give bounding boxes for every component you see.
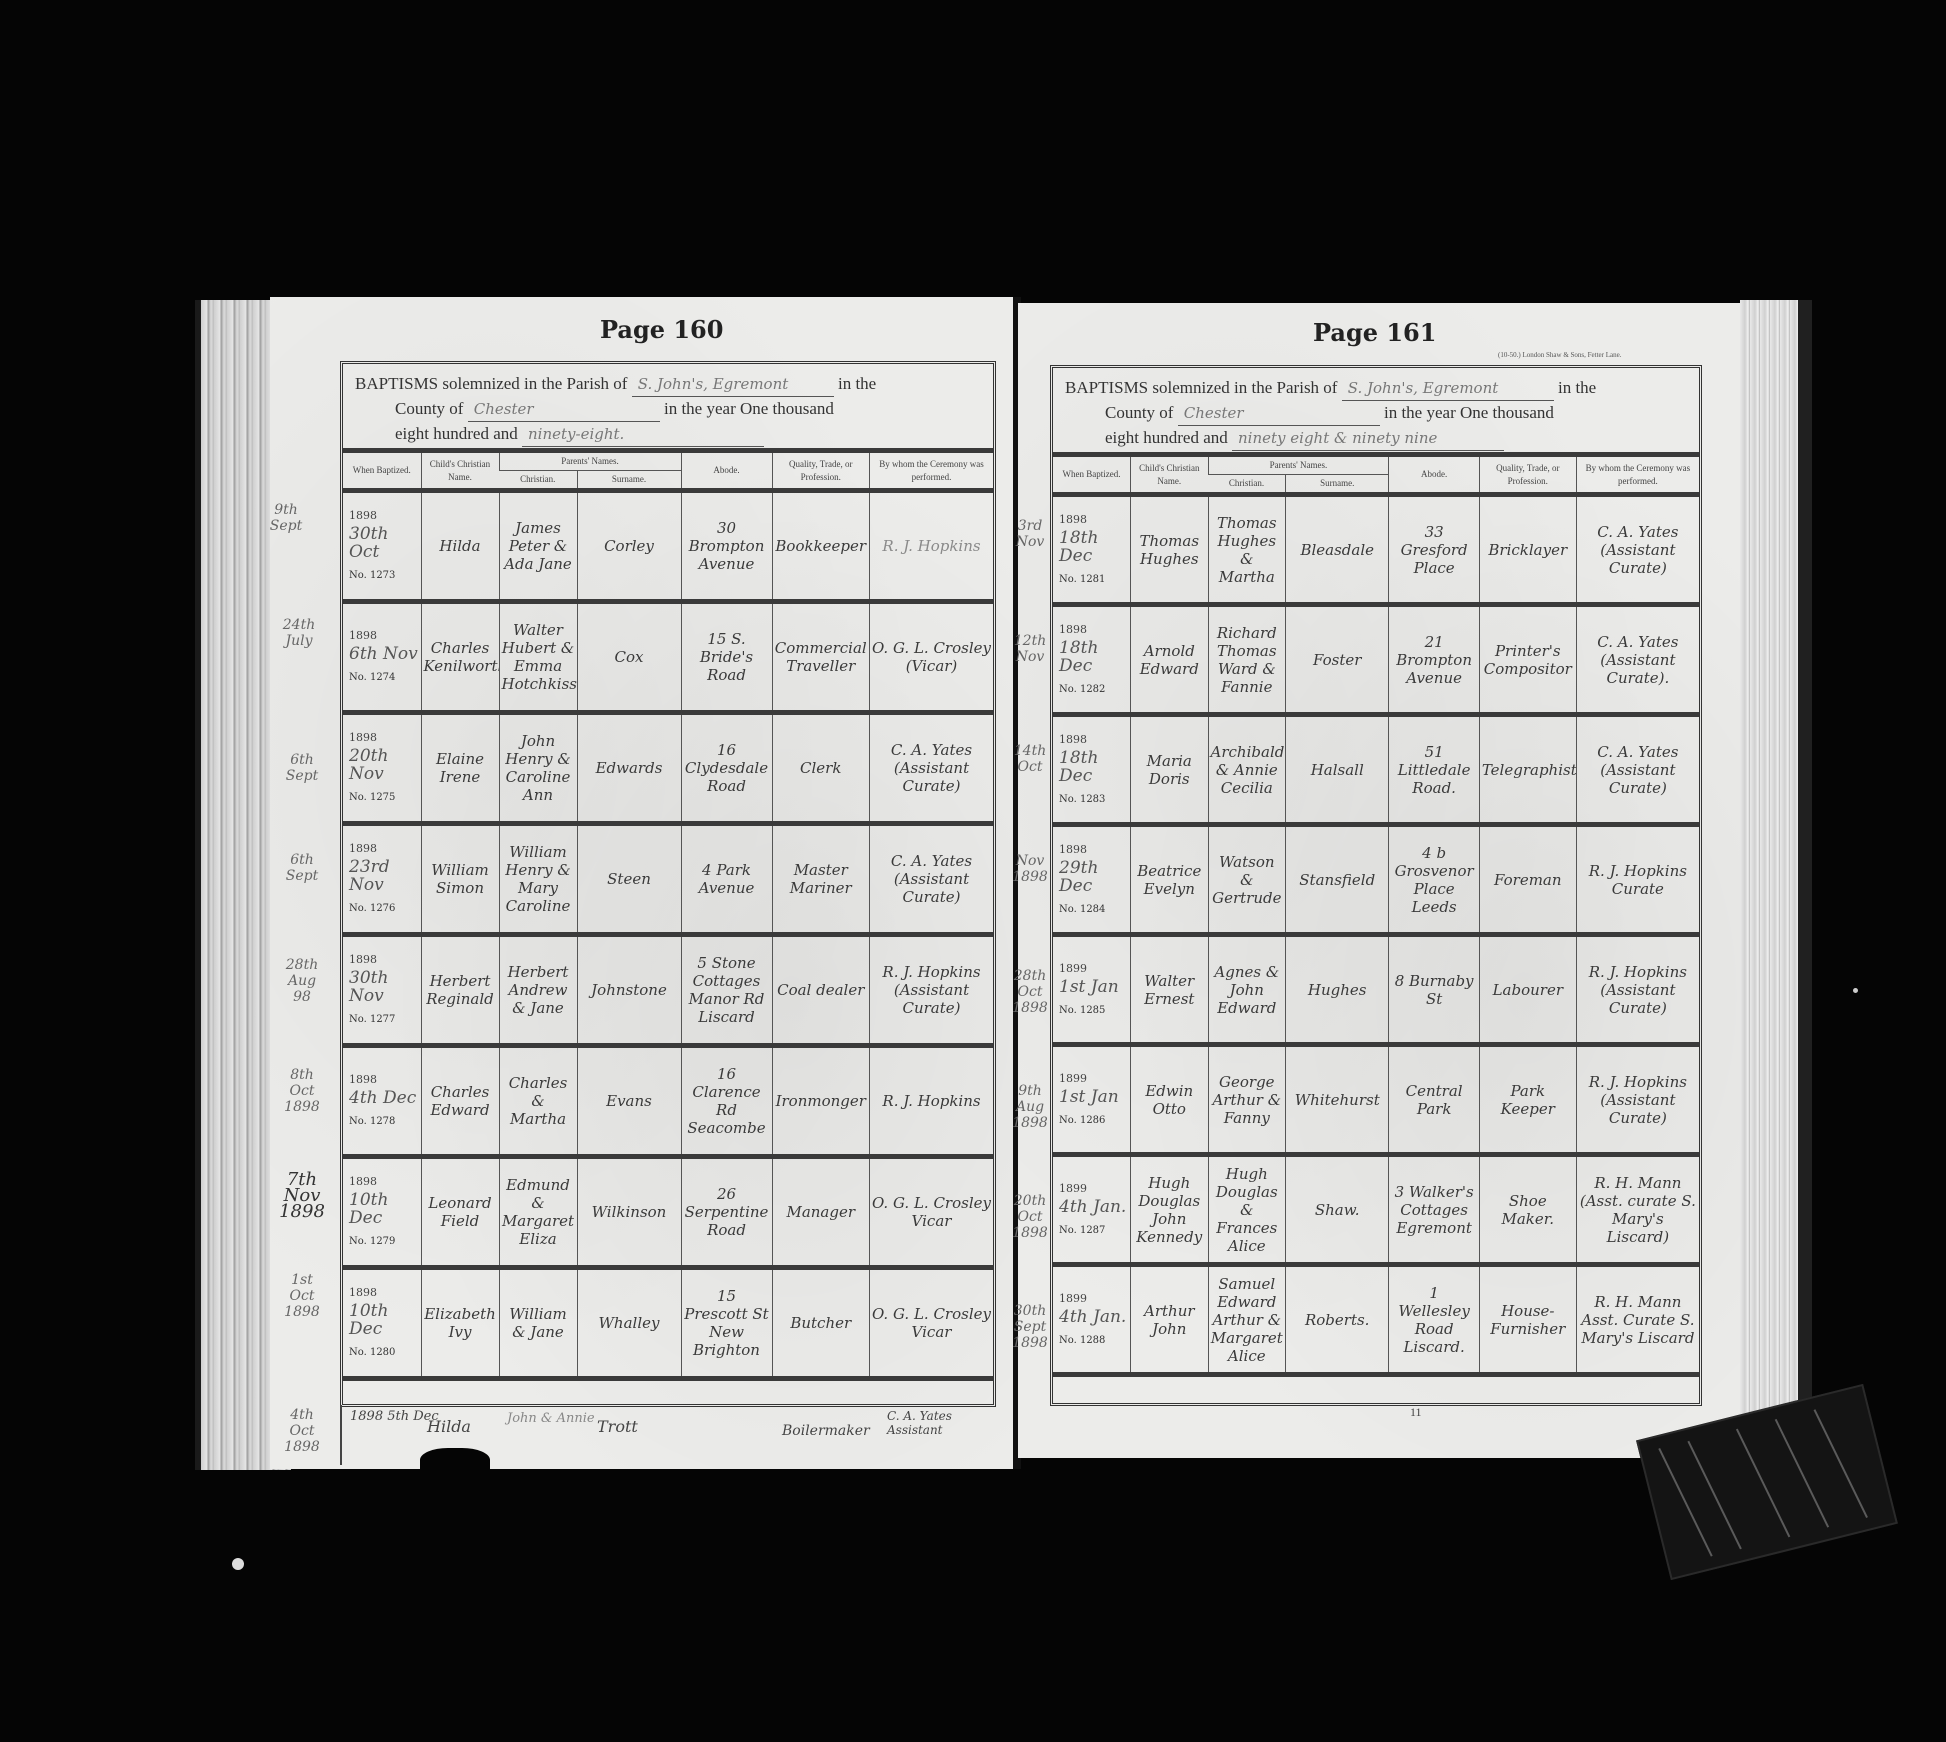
table-row: 189829th DecNo. 1284Beatrice EvelynWatso… [1053,825,1699,935]
cell-when-baptized: 189810th DecNo. 1279 [343,1157,421,1268]
entry-year: 1899 [1059,960,1128,978]
entry-number: No. 1277 [349,1011,419,1029]
film-dust-spot [1853,988,1858,993]
margin-note: 6th Sept [278,752,326,784]
cell-when-baptized: 189823rd NovNo. 1276 [343,824,421,935]
cell-abode: 26 Serpentine Road [681,1157,772,1268]
cell-officiant: C. A. Yates (Assistant Curate) [1576,715,1699,825]
cell-abode: 16 Clarence Rd Seacombe [681,1046,772,1157]
entry-year: 1899 [1059,1180,1128,1198]
cell-when-baptized: 18986th NovNo. 1274 [343,602,421,713]
cell-officiant: C. A. Yates (Assistant Curate). [1576,605,1699,715]
register-page-161: Page 161 (10-50.) London Shaw & Sons, Fe… [1018,303,1740,1458]
col-trade: Quality, Trade, or Profession. [1479,455,1576,495]
cell-trade: Labourer [1479,935,1576,1045]
cell-abode: 8 Burnaby St [1389,935,1479,1045]
cell-parents-surname: Halsall [1286,715,1389,825]
entry-year: 1898 [349,840,419,858]
table-row: 189818th DecNo. 1283Maria DorisArchibald… [1053,715,1699,825]
table-row: 189830th OctNo. 1273HildaJames Peter & A… [343,491,993,602]
entry-year: 1898 [349,1284,419,1302]
county-field: Chester [468,398,660,422]
cell-parents-surname: Bleasdale [1286,495,1389,605]
cell-child-name: Hilda [421,491,499,602]
table-row: 189820th NovNo. 1275Elaine IreneJohn Hen… [343,713,993,824]
table-row: 18994th Jan.No. 1287Hugh Douglas John Ke… [1053,1155,1699,1265]
table-row: 18986th NovNo. 1274Charles KenilworthWal… [343,602,993,713]
cell-parents-christian: William & Jane [499,1268,577,1379]
register-heading: BAPTISMS solemnized in the Parish of S. … [355,372,981,447]
entry-year: 1898 [1059,731,1128,749]
cell-abode: 1 Wellesley Road Liscard. [1389,1265,1479,1375]
cell-parents-surname: Stansfield [1286,825,1389,935]
entry-number: No. 1273 [349,567,419,585]
col-parents-surname: Surname. [577,471,681,491]
cell-officiant: C. A. Yates (Assistant Curate) [870,824,994,935]
cell-officiant: R. J. Hopkins [870,491,994,602]
parish-field: S. John's, Egremont [1342,377,1554,401]
book-right-page-stack [1740,300,1812,1455]
entry-number: No. 1287 [1059,1222,1128,1240]
cell-abode: 30 Brompton Avenue [681,491,772,602]
entry-number: No. 1279 [349,1233,419,1251]
margin-note: 14th Oct [1006,743,1054,775]
cell-trade: Bookkeeper [772,491,870,602]
entry-date: 1st Jan [1059,978,1128,996]
table-row: 189818th DecNo. 1282Arnold EdwardRichard… [1053,605,1699,715]
cell-parents-christian: James Peter & Ada Jane [499,491,577,602]
cell-child-name: Charles Kenilworth [421,602,499,713]
cell-trade: Telegraphist [1479,715,1576,825]
cell-child-name: Beatrice Evelyn [1131,825,1209,935]
cell-officiant: O. G. L. Crosley (Vicar) [870,602,994,713]
cell-child-name: Elaine Irene [421,713,499,824]
margin-note: 8th Oct 1898 [278,1067,326,1115]
col-parents-surname: Surname. [1286,475,1389,495]
cell-when-baptized: 189810th DecNo. 1280 [343,1268,421,1379]
cell-when-baptized: 189829th DecNo. 1284 [1053,825,1131,935]
cell-parents-christian: Agnes & John Edward [1208,935,1286,1045]
film-dust-spot [232,1558,244,1570]
col-parents-names: Parents' Names. [499,451,681,471]
year-field: ninety-eight. [522,423,764,447]
cell-abode: 21 Brompton Avenue [1389,605,1479,715]
cell-abode: 3 Walker's Cottages Egremont [1389,1155,1479,1265]
page-footer-signature: 11 [1410,1405,1422,1420]
cell-parents-christian: Herbert Andrew & Jane [499,935,577,1046]
entry-date: 10th Dec [349,1191,419,1227]
cell-trade: Commercial Traveller [772,602,870,713]
cell-parents-christian: Watson & Gertrude [1208,825,1286,935]
cell-parents-surname: Evans [577,1046,681,1157]
margin-note: 28th Aug 98 [278,957,326,1005]
margin-note: 4th Oct 1898 [278,1407,326,1455]
cell-parents-surname: Roberts. [1286,1265,1389,1375]
cell-trade: Printer's Compositor [1479,605,1576,715]
entry-year: 1898 [1059,511,1128,529]
table-row: 18984th DecNo. 1278Charles EdwardCharles… [343,1046,993,1157]
cell-when-baptized: 18984th DecNo. 1278 [343,1046,421,1157]
cell-parents-christian: Samuel Edward Arthur & Margaret Alice [1208,1265,1286,1375]
entry-date: 1st Jan [1059,1088,1128,1106]
entry-number: No. 1288 [1059,1332,1128,1350]
entry-date: 4th Jan. [1059,1308,1128,1326]
entry-number: No. 1275 [349,789,419,807]
cell-child-name: Elizabeth Ivy [421,1268,499,1379]
entry-year: 1898 [1059,841,1128,859]
cell-abode: 15 Prescott St New Brighton [681,1268,772,1379]
entry-number: No. 1274 [349,669,419,687]
entry-date: 30th Nov [349,969,419,1005]
margin-note: 1st Oct 1898 [278,1272,326,1320]
cell-parents-surname: Johnstone [577,935,681,1046]
entry-year: 1898 [349,627,419,645]
table-row: 18994th Jan.No. 1288Arthur JohnSamuel Ed… [1053,1265,1699,1375]
cell-parents-surname: Whitehurst [1286,1045,1389,1155]
cell-when-baptized: 18994th Jan.No. 1288 [1053,1265,1131,1375]
cell-when-baptized: 18994th Jan.No. 1287 [1053,1155,1131,1265]
entry-number: No. 1276 [349,900,419,918]
entry-date: 20th Nov [349,747,419,783]
col-parents-christian: Christian. [1208,475,1286,495]
cell-trade: Manager [772,1157,870,1268]
cell-parents-surname: Corley [577,491,681,602]
col-parents-names: Parents' Names. [1208,455,1389,475]
cell-officiant: R. J. Hopkins (Assistant Curate) [1576,1045,1699,1155]
col-child-name: Child's Christian Name. [421,451,499,491]
cell-parents-christian: Charles & Martha [499,1046,577,1157]
table-row: 18991st JanNo. 1286Edwin OttoGeorge Arth… [1053,1045,1699,1155]
entry-number: No. 1283 [1059,791,1128,809]
cell-when-baptized: 189818th DecNo. 1282 [1053,605,1131,715]
table-row: 189830th NovNo. 1277Herbert ReginaldHerb… [343,935,993,1046]
cell-child-name: Walter Ernest [1131,935,1209,1045]
entry-number: No. 1281 [1059,571,1128,589]
col-when-baptized: When Baptized. [343,451,421,491]
cell-trade: House-Furnisher [1479,1265,1576,1375]
cell-abode: 4 Park Avenue [681,824,772,935]
cell-officiant: C. A. Yates (Assistant Curate) [870,713,994,824]
cell-parents-surname: Cox [577,602,681,713]
cell-officiant: O. G. L. Crosley Vicar [870,1268,994,1379]
entry-year: 1898 [349,507,419,525]
cell-abode: Central Park [1389,1045,1479,1155]
cell-parents-christian: Walter Hubert & Emma Hotchkiss [499,602,577,713]
entry-date: 23rd Nov [349,858,419,894]
margin-note: 6th Sept [278,852,326,884]
entry-number: No. 1278 [349,1113,419,1131]
entry-date: 10th Dec [349,1302,419,1338]
cell-parents-christian: Archibald & Annie Cecilia [1208,715,1286,825]
cell-child-name: Leonard Field [421,1157,499,1268]
col-by-whom: By whom the Ceremony was performed. [870,451,994,491]
entries-table: When Baptized. Child's Christian Name. P… [1053,452,1699,1377]
cell-abode: 4 b Grosvenor Place Leeds [1389,825,1479,935]
entry-number: No. 1280 [349,1344,419,1362]
col-parents-christian: Christian. [499,471,577,491]
year-field: ninety eight & ninety nine [1232,427,1504,451]
cell-parents-christian: William Henry & Mary Caroline [499,824,577,935]
cell-trade: Park Keeper [1479,1045,1576,1155]
entry-year: 1899 [1059,1070,1128,1088]
margin-note: 7th Nov 1898 [278,1172,326,1220]
cell-officiant: R. J. Hopkins Curate [1576,825,1699,935]
margin-note: 20th Oct 1898 [1006,1193,1054,1241]
cell-trade: Clerk [772,713,870,824]
margin-note: 9th Aug 1898 [1006,1083,1054,1131]
cell-child-name: Charles Edward [421,1046,499,1157]
entry-year: 1899 [1059,1290,1128,1308]
cell-officiant: R. J. Hopkins [870,1046,994,1157]
cell-when-baptized: 189830th OctNo. 1273 [343,491,421,602]
cell-parents-surname: Edwards [577,713,681,824]
table-row: 189810th DecNo. 1280Elizabeth IvyWilliam… [343,1268,993,1379]
cell-abode: 16 Clydesdale Road [681,713,772,824]
cell-parents-surname: Shaw. [1286,1155,1389,1265]
register-page-160: Page 160 BAPTISMS solemnized in the Pari… [270,297,1015,1469]
cell-officiant: R. J. Hopkins (Assistant Curate) [1576,935,1699,1045]
entry-year: 1898 [1059,621,1128,639]
page-title: Page 161 [1313,318,1436,347]
cell-trade: Butcher [772,1268,870,1379]
cell-child-name: William Simon [421,824,499,935]
margin-note: 24th July [275,617,323,649]
cell-parents-christian: George Arthur & Fanny [1208,1045,1286,1155]
cell-parents-christian: Richard Thomas Ward & Fannie [1208,605,1286,715]
cell-officiant: R. J. Hopkins (Assistant Curate) [870,935,994,1046]
entry-date: 29th Dec [1059,859,1128,895]
cell-parents-surname: Steen [577,824,681,935]
cell-parents-christian: Hugh Douglas & Frances Alice [1208,1155,1286,1265]
page-tear [420,1448,490,1478]
table-row: 189823rd NovNo. 1276William SimonWilliam… [343,824,993,935]
entry-date: 4th Jan. [1059,1198,1128,1216]
register-heading: BAPTISMS solemnized in the Parish of S. … [1065,376,1687,451]
cell-trade: Shoe Maker. [1479,1155,1576,1265]
cell-trade: Coal dealer [772,935,870,1046]
cell-child-name: Hugh Douglas John Kennedy [1131,1155,1209,1265]
entry-date: 30th Oct [349,525,419,561]
cell-parents-surname: Whalley [577,1268,681,1379]
cell-child-name: Arthur John [1131,1265,1209,1375]
entry-year: 1898 [349,729,419,747]
col-by-whom: By whom the Ceremony was performed. [1576,455,1699,495]
margin-note: 9th Sept [262,502,310,534]
cell-parents-surname: Hughes [1286,935,1389,1045]
cell-trade: Bricklayer [1479,495,1576,605]
cell-parents-christian: Edmund & Margaret Eliza [499,1157,577,1268]
cell-officiant: O. G. L. Crosley Vicar [870,1157,994,1268]
col-when-baptized: When Baptized. [1053,455,1131,495]
cell-officiant: C. A. Yates (Assistant Curate) [1576,495,1699,605]
entry-number: No. 1284 [1059,901,1128,919]
cell-when-baptized: 18991st JanNo. 1286 [1053,1045,1131,1155]
cell-abode: 15 S. Bride's Road [681,602,772,713]
cell-abode: 51 Littledale Road. [1389,715,1479,825]
cell-abode: 33 Gresford Place [1389,495,1479,605]
margin-note: 12th Nov [1006,633,1054,665]
col-trade: Quality, Trade, or Profession. [772,451,870,491]
entry-date: 18th Dec [1059,529,1128,565]
margin-note: 28th Oct 1898 [1006,968,1054,1016]
entry-date: 6th Nov [349,645,419,663]
entry-date: 18th Dec [1059,749,1128,785]
entry-number: No. 1282 [1059,681,1128,699]
parish-field: S. John's, Egremont [632,373,834,397]
col-child-name: Child's Christian Name. [1131,455,1209,495]
entry-year: 1898 [349,1173,419,1191]
cell-when-baptized: 189830th NovNo. 1277 [343,935,421,1046]
cell-when-baptized: 189818th DecNo. 1283 [1053,715,1131,825]
cell-when-baptized: 189818th DecNo. 1281 [1053,495,1131,605]
baptism-register-table: BAPTISMS solemnized in the Parish of S. … [1050,365,1702,1406]
table-row: 18991st JanNo. 1285Walter ErnestAgnes & … [1053,935,1699,1045]
cell-child-name: Herbert Reginald [421,935,499,1046]
entry-number: No. 1286 [1059,1112,1128,1130]
margin-note: 3rd Nov [1006,518,1054,550]
county-field: Chester [1178,402,1380,426]
cell-trade: Master Mariner [772,824,870,935]
cell-child-name: Maria Doris [1131,715,1209,825]
entry-date: 4th Dec [349,1089,419,1107]
cell-parents-surname: Foster [1286,605,1389,715]
cell-child-name: Thomas Hughes [1131,495,1209,605]
entry-year: 1898 [349,1071,419,1089]
cell-child-name: Arnold Edward [1131,605,1209,715]
cell-child-name: Edwin Otto [1131,1045,1209,1155]
col-abode: Abode. [681,451,772,491]
cell-trade: Ironmonger [772,1046,870,1157]
cell-officiant: R. H. Mann (Asst. curate S. Mary's Lisca… [1576,1155,1699,1265]
cell-parents-surname: Wilkinson [577,1157,681,1268]
page-title: Page 160 [600,315,723,344]
cell-trade: Foreman [1479,825,1576,935]
cell-when-baptized: 18991st JanNo. 1285 [1053,935,1131,1045]
cell-parents-christian: Thomas Hughes & Martha [1208,495,1286,605]
margin-note: Nov 1898 [1006,853,1054,885]
cell-officiant: R. H. Mann Asst. Curate S. Mary's Liscar… [1576,1265,1699,1375]
entry-number: No. 1285 [1059,1002,1128,1020]
baptism-register-table: BAPTISMS solemnized in the Parish of S. … [340,361,996,1407]
col-abode: Abode. [1389,455,1479,495]
entry-year: 1898 [349,951,419,969]
entries-table: When Baptized. Child's Christian Name. P… [343,448,993,1381]
cell-abode: 5 Stone Cottages Manor Rd Liscard [681,935,772,1046]
cell-parents-christian: John Henry & Caroline Ann [499,713,577,824]
table-row: 189810th DecNo. 1279Leonard FieldEdmund … [343,1157,993,1268]
margin-note: 30th Sept 1898 [1006,1303,1054,1351]
table-row: 189818th DecNo. 1281Thomas HughesThomas … [1053,495,1699,605]
cell-when-baptized: 189820th NovNo. 1275 [343,713,421,824]
entry-date: 18th Dec [1059,639,1128,675]
printer-mark: (10-50.) London Shaw & Sons, Fetter Lane… [1498,351,1621,359]
